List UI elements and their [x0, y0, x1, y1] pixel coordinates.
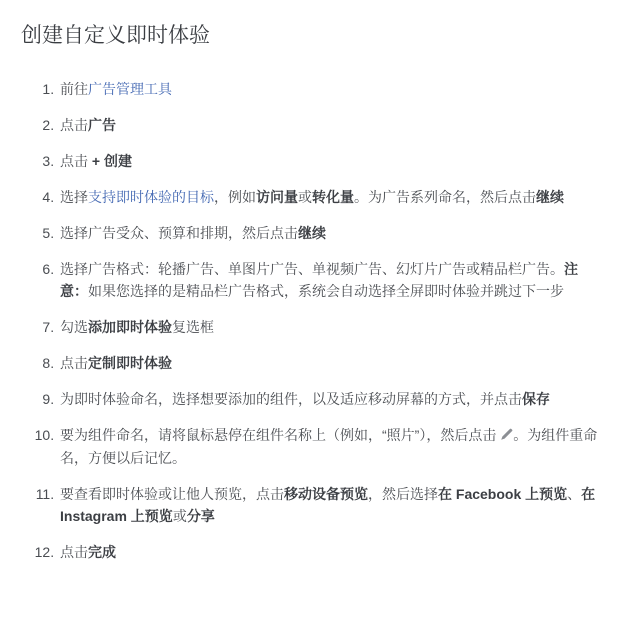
step-text: 或 — [173, 508, 187, 524]
step-bold-text: 转化量 — [312, 189, 354, 205]
step-text: 勾选 — [60, 319, 88, 335]
step-text: 选择 — [60, 189, 88, 205]
step-text: ，例如 — [214, 189, 256, 205]
step-item: 点击 + 创建 — [58, 150, 600, 172]
step-text: 为即时体验命名，选择想要添加的组件，以及适应移动屏幕的方式，并点击 — [60, 391, 522, 407]
step-bold-text: 继续 — [536, 189, 564, 205]
step-text: ，然后选择 — [368, 486, 438, 502]
step-bold-text: 完成 — [88, 544, 116, 560]
step-text: 如果您选择的是精品栏广告格式，系统会自动选择全屏即时体验并跳过下一步 — [88, 283, 564, 299]
step-item: 要查看即时体验或让他人预览，点击移动设备预览，然后选择在 Facebook 上预… — [58, 483, 600, 527]
edit-pencil-icon — [500, 425, 513, 447]
step-text: 点击 — [60, 355, 88, 371]
step-text: 点击 — [60, 544, 88, 560]
step-bold-text: 定制即时体验 — [88, 355, 172, 371]
step-text: 复选框 — [172, 319, 214, 335]
step-item: 要为组件命名，请将鼠标悬停在组件名称上（例如，“照片”），然后点击 。为组件重命… — [58, 424, 600, 469]
step-link[interactable]: 广告管理工具 — [88, 81, 172, 97]
step-bold-text: 在 Facebook 上预览 — [438, 486, 567, 502]
step-bold-text: 分享 — [187, 508, 215, 524]
step-link[interactable]: 支持即时体验的目标 — [88, 189, 214, 205]
step-text: 选择广告格式：轮播广告、单图片广告、单视频广告、幻灯片广告或精品栏广告。 — [60, 261, 564, 277]
step-text: 前往 — [60, 81, 88, 97]
step-item: 为即时体验命名，选择想要添加的组件，以及适应移动屏幕的方式，并点击保存 — [58, 388, 600, 410]
step-item: 选择广告格式：轮播广告、单图片广告、单视频广告、幻灯片广告或精品栏广告。注意：如… — [58, 258, 600, 302]
step-text: 要查看即时体验或让他人预览，点击 — [60, 486, 284, 502]
step-bold-text: 添加即时体验 — [88, 319, 172, 335]
step-text: 、 — [567, 486, 581, 502]
step-bold-text: + 创建 — [92, 153, 132, 169]
step-bold-text: 访问量 — [256, 189, 298, 205]
help-article-page: { "page": { "title": "创建自定义即时体验" }, "col… — [0, 0, 621, 635]
step-item: 点击定制即时体验 — [58, 352, 600, 374]
steps-list: 前往广告管理工具点击广告点击 + 创建选择支持即时体验的目标，例如访问量或转化量… — [0, 78, 621, 563]
page-title: 创建自定义即时体验 — [0, 0, 621, 48]
step-item: 点击广告 — [58, 114, 600, 136]
step-bold-text: 广告 — [88, 117, 116, 133]
step-text: 点击 — [60, 117, 88, 133]
step-bold-text: 移动设备预览 — [284, 486, 368, 502]
step-text: 或 — [298, 189, 312, 205]
step-item: 点击完成 — [58, 541, 600, 563]
step-item: 选择广告受众、预算和排期，然后点击继续 — [58, 222, 600, 244]
step-text: 选择广告受众、预算和排期，然后点击 — [60, 225, 298, 241]
step-bold-text: 保存 — [522, 391, 550, 407]
step-text: 。为广告系列命名，然后点击 — [354, 189, 536, 205]
step-text: 要为组件命名，请将鼠标悬停在组件名称上（例如，“照片”），然后点击 — [60, 427, 500, 443]
step-text: 点击 — [60, 153, 92, 169]
step-item: 勾选添加即时体验复选框 — [58, 316, 600, 338]
step-item: 选择支持即时体验的目标，例如访问量或转化量。为广告系列命名，然后点击继续 — [58, 186, 600, 208]
step-item: 前往广告管理工具 — [58, 78, 600, 100]
step-bold-text: 继续 — [298, 225, 326, 241]
